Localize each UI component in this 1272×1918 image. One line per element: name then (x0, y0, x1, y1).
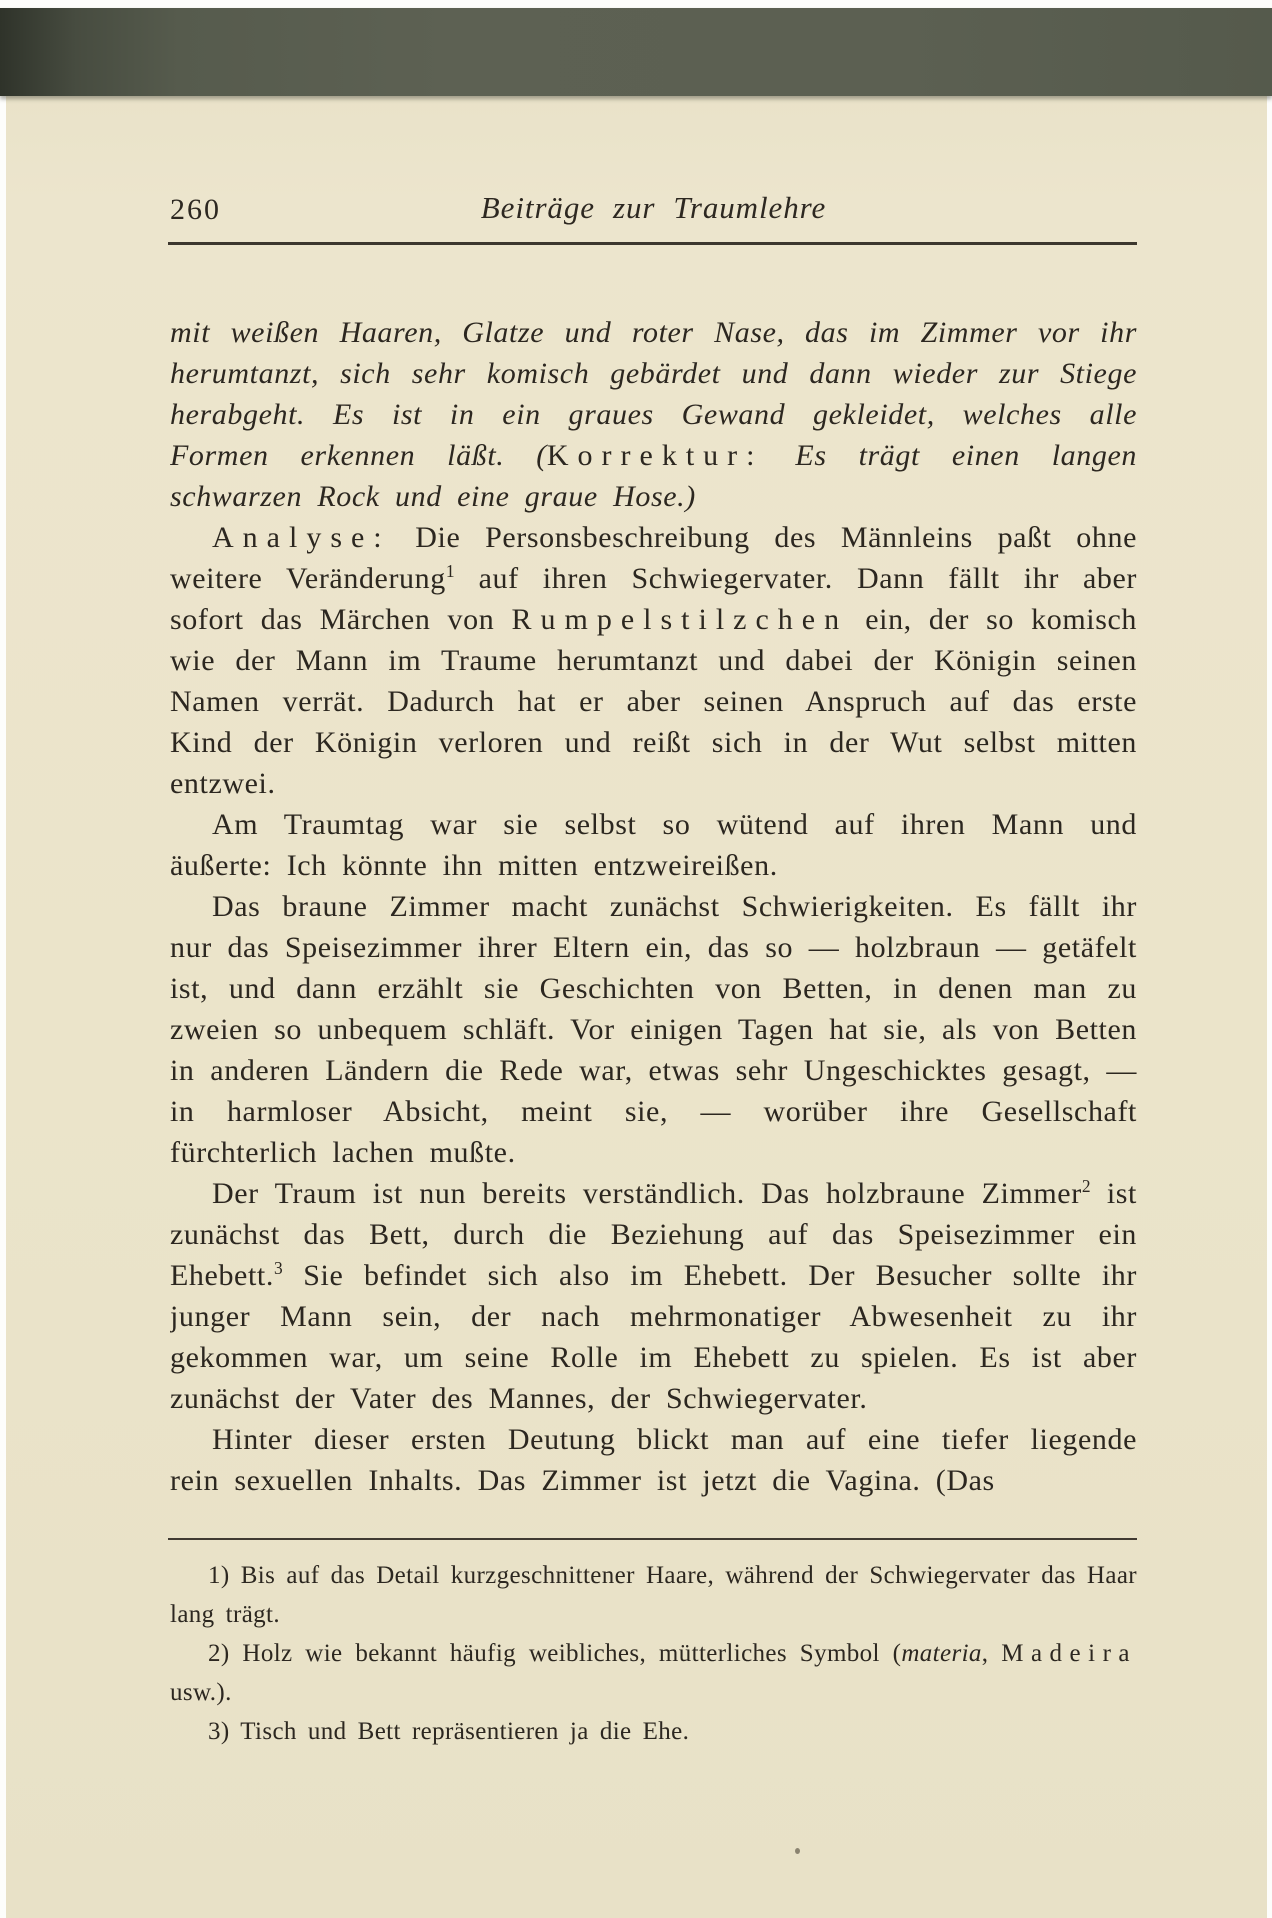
footnote-separator-rule (168, 1538, 1137, 1540)
text-segment: Korrektur: (547, 439, 764, 472)
running-header: 260 Beiträge zur Traumlehre (170, 190, 1137, 232)
text-segment: 2 (1082, 1176, 1091, 1196)
text-segment: , (982, 1640, 1001, 1667)
paragraph: Der Traum ist nun bereits verständlich. … (170, 1173, 1137, 1419)
paragraph: Am Traumtag war sie selbst so wütend auf… (170, 804, 1137, 886)
footnotes-block: 1) Bis auf das Detail kurzgeschnittener … (170, 1556, 1137, 1751)
text-segment: usw.). (170, 1679, 232, 1706)
text-segment: materia (901, 1640, 981, 1667)
paragraph: Hinter dieser ersten Deutung blickt man … (170, 1419, 1137, 1501)
footnote: 3) Tisch und Bett repräsentieren ja die … (170, 1712, 1137, 1751)
text-segment: 3) Tisch und Bett repräsentieren ja die … (208, 1718, 689, 1745)
text-segment: Madeira (1001, 1640, 1137, 1667)
text-segment: Das braune Zimmer macht zunächst Schwier… (170, 890, 1137, 1169)
body-text-block: mit weißen Haaren, Glatze und roter Nase… (170, 312, 1137, 1524)
analysis-paragraph: Analyse: Die Personsbeschreibung des Män… (170, 517, 1137, 804)
footnote: 1) Bis auf das Detail kurzgeschnittener … (170, 1556, 1137, 1634)
scan-top-edge-band (0, 8, 1272, 96)
text-segment: Analyse: (212, 521, 391, 554)
paragraph: Das braune Zimmer macht zunächst Schwier… (170, 886, 1137, 1173)
book-scan: 260 Beiträge zur Traumlehre mit weißen H… (0, 0, 1272, 1918)
text-segment: 3 (274, 1258, 283, 1278)
text-segment: Hinter dieser ersten Deutung blickt man … (170, 1423, 1137, 1497)
text-segment: Sie befindet sich also im Ehebett. Der B… (170, 1259, 1137, 1415)
text-segment: Rumpelstilzchen (511, 603, 848, 636)
dream-text-paragraph: mit weißen Haaren, Glatze und roter Nase… (170, 312, 1137, 517)
scan-speck (795, 1848, 800, 1854)
running-head-title: Beiträge zur Traumlehre (170, 190, 1137, 226)
text-segment: Der Traum ist nun bereits verständlich. … (212, 1177, 1082, 1210)
text-segment: Am Traumtag war sie selbst so wütend auf… (170, 808, 1137, 882)
text-segment: 2) Holz wie bekannt häufig weibliches, m… (208, 1640, 901, 1667)
footnote: 2) Holz wie bekannt häufig weibliches, m… (170, 1634, 1137, 1712)
header-rule (168, 242, 1137, 245)
text-segment: 1 (446, 561, 455, 581)
text-segment: 1) Bis auf das Detail kurzgeschnittener … (170, 1562, 1137, 1628)
